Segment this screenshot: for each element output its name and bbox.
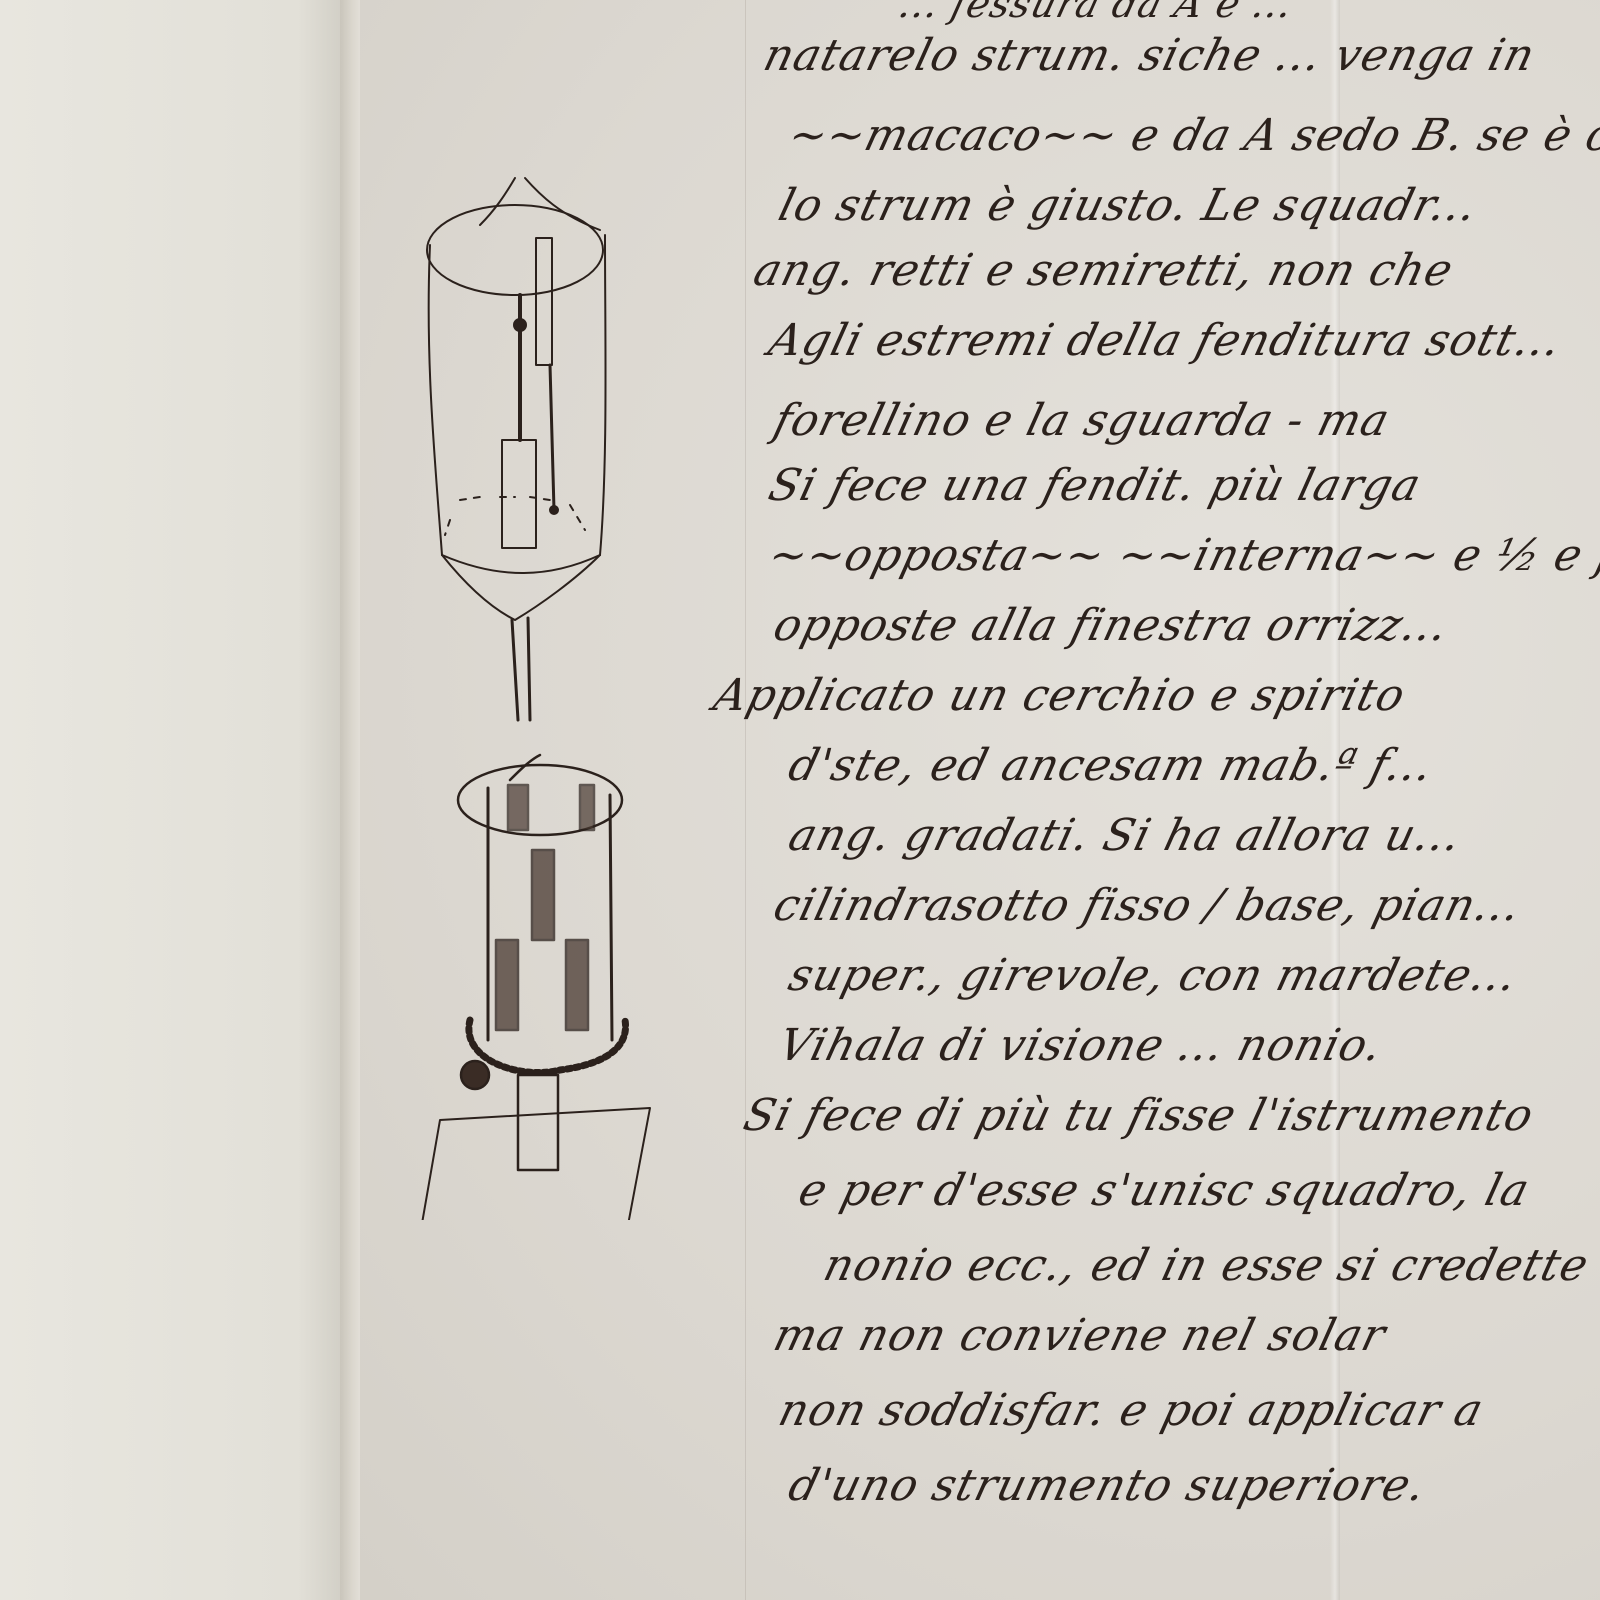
text-line-6: forellino e la sguarda - ma — [769, 395, 1395, 446]
text-line-1: natarelo strum. siche ... venga in — [759, 30, 1541, 81]
text-line-3: lo strum è giusto. Le squadr... — [774, 180, 1483, 231]
text-line-9: opposte alla finestra orrizz... — [769, 600, 1454, 651]
text-line-12: ang. gradati. Si ha allora u... — [784, 810, 1467, 861]
text-line-19: ma non conviene nel solar — [769, 1310, 1391, 1361]
text-line-10: Applicato un cerchio e spirito — [709, 670, 1411, 721]
text-line-17: e per d'esse s'unisc squadro, la — [794, 1165, 1535, 1216]
text-line-11: d'ste, ed ancesam mab.ª f... — [784, 740, 1439, 791]
text-line-20: non soddisfar. e poi applicar a — [774, 1385, 1489, 1436]
text-line-15: Vihala di visione ... nonio. — [774, 1020, 1388, 1071]
apparatus-sketches — [400, 160, 680, 1220]
text-line-14: super., girevole, con mardete... — [784, 950, 1523, 1001]
text-line-2: ~~macaco~~ e da A sedo B. se è c... — [784, 110, 1600, 161]
cylinder-stand-sketch — [420, 755, 650, 1220]
text-line-13: cilindrasotto fisso / base, pian... — [769, 880, 1527, 931]
text-line-18: nonio ecc., ed in esse si credette — [819, 1240, 1594, 1291]
text-line-21: d'uno strumento superiore. — [784, 1460, 1432, 1511]
text-line-8: ~~opposta~~ ~~interna~~ e ½ e fenditura — [764, 530, 1600, 581]
book-gutter — [340, 0, 362, 1600]
margin-rule — [745, 0, 746, 1600]
text-line-16: Si fece di più tu fisse l'istrumento — [739, 1090, 1539, 1141]
text-line-5: Agli estremi della fenditura sott... — [764, 315, 1567, 366]
text-line-0: ... fessura da A e ... — [895, 0, 1299, 26]
left-blank-page — [0, 0, 350, 1600]
text-line-4: ang. retti e semiretti, non che — [749, 245, 1459, 296]
text-line-7: Si fece una fendit. più larga — [764, 460, 1427, 511]
glass-tube-sketch — [427, 178, 606, 720]
